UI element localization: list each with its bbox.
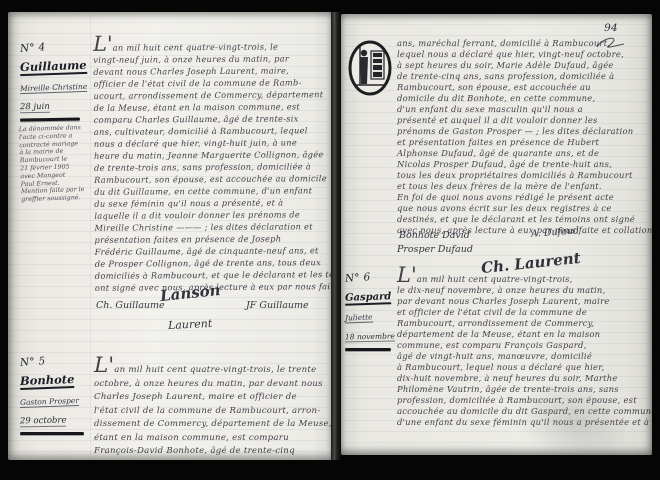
entry5-number: N° 5 xyxy=(20,355,46,369)
manuscript-line: dix-huit novembre, à neuf heures du soir… xyxy=(397,373,649,384)
manuscript-line: et officier de l'état civil de la commun… xyxy=(397,307,649,318)
manuscript-line: lequel nous a déclaré que hier, vingt-ne… xyxy=(397,49,649,60)
manuscript-line: à Rambucourt, lequel nous a déclaré que … xyxy=(397,362,649,373)
entry6-margin: N° 6 Gaspard Juliette 18 novembre xyxy=(345,266,397,351)
manuscript-line: Nicolas Prosper Dufaud, âgé de trente-hu… xyxy=(397,159,649,170)
manuscript-line: d'un enfant du sexe masculin qu'il nous … xyxy=(397,104,649,115)
manuscript-line: et tous les deux frères de la mère de l'… xyxy=(397,181,649,192)
manuscript-line: Rambucourt, arrondissement de Commercy, xyxy=(397,318,649,329)
entry5-given-names: Gaston Prosper xyxy=(20,396,79,408)
signature-witness-2: Prosper Dufaud xyxy=(397,244,473,255)
manuscript-line: ans, maréchal ferrant, domicilié à Rambu… xyxy=(397,38,649,49)
entry5-continuation-body: ans, maréchal ferrant, domicilié à Rambu… xyxy=(397,38,649,236)
manuscript-line: François-David Bonhote, âgé de trente-ci… xyxy=(94,445,330,459)
signature-witness-2: Laurent xyxy=(168,317,213,332)
entry4-marginal-mention: La dénommée dansl'acte ci-contre acontra… xyxy=(19,124,92,204)
manuscript-line: département de la Meuse, étant en la mai… xyxy=(397,329,649,340)
manuscript-line: octobre, à onze heures du matin, par dev… xyxy=(94,378,330,392)
manuscript-line: L'an mil huit cent quatre-vingt-trois, xyxy=(397,268,649,285)
entry5-body: L'an mil huit cent quatre-vingt-trois, l… xyxy=(94,358,330,459)
manuscript-line: présenté et auquel il a dit vouloir donn… xyxy=(397,115,649,126)
manuscript-line: L'an mil huit cent quatre-vingt-trois, l… xyxy=(93,35,327,54)
manuscript-line: et présentation faites en présence de Hu… xyxy=(397,137,649,148)
entry6-given-names: Juliette xyxy=(345,313,373,324)
manuscript-line: étant en la maison commune, est comparu xyxy=(94,432,330,446)
entry6-number: N° 6 xyxy=(345,271,371,285)
entry4-given-names: Mireille Christine xyxy=(20,82,88,94)
manuscript-line: à sept heures du soir, Marie Adèle Dufau… xyxy=(397,60,649,71)
manuscript-line: Charles Joseph Laurent, maire et officie… xyxy=(94,391,330,405)
entry6-date: 18 novembre xyxy=(345,332,395,343)
margin-heavy-rule xyxy=(345,348,391,351)
signature-declarant: Bonhote David xyxy=(399,230,470,241)
entry4-number: N° 4 xyxy=(20,41,46,55)
manuscript-line: L'an mil huit cent quatre-vingt-trois, l… xyxy=(94,358,330,378)
register-scan: N° 4 Guillaume Mireille Christine 28 jui… xyxy=(0,0,660,480)
manuscript-line: prénoms de Gaston Prosper — ; les dites … xyxy=(397,126,649,137)
left-page: N° 4 Guillaume Mireille Christine 28 jui… xyxy=(8,12,332,460)
entry4-surname: Guillaume xyxy=(20,58,87,76)
manuscript-line: Rambucourt, son épouse, est accouchée au xyxy=(397,82,649,93)
manuscript-line: tous les deux propriétaires domiciliés à… xyxy=(397,170,649,181)
manuscript-line: l'état civil de la commune de Rambucourt… xyxy=(94,405,330,419)
manuscript-line: âgé de vingt-huit ans, manœuvre, domicil… xyxy=(397,351,649,362)
entry5-date: 29 octobre xyxy=(20,416,67,428)
signature-witness: JF Guillaume xyxy=(246,300,309,311)
manuscript-line: de trente-cinq ans, sans profession, dom… xyxy=(397,71,649,82)
entry6-surname: Gaspard xyxy=(345,291,392,306)
manuscript-line: par devant nous Charles Joseph Laurent, … xyxy=(397,296,649,307)
right-page: 94 ans, maréchal ferrant, domicilié à Ra… xyxy=(341,14,652,455)
binding-gutter xyxy=(331,12,341,460)
entry4-body: L'an mil huit cent quatre-vingt-trois, l… xyxy=(93,35,329,294)
manuscript-line: le dix-neuf novembre, à onze heures du m… xyxy=(397,285,649,296)
margin-heavy-rule xyxy=(20,117,80,121)
manuscript-line: domicile du dit Bonhote, en cette commun… xyxy=(397,93,649,104)
signature-declarant: Ch. Guillaume xyxy=(96,300,165,311)
entry4-margin: N° 4 Guillaume Mireille Christine 28 jui… xyxy=(20,36,90,203)
manuscript-line: dissement de Commercy, département de la… xyxy=(94,418,330,432)
mention-line: greffier soussigné. xyxy=(21,194,91,204)
manuscript-line: Alphonse Dufaud, âgé de quarante ans, et… xyxy=(397,148,649,159)
margin-heavy-rule xyxy=(20,432,84,435)
manuscript-line: destinés, et que le déclarant et les tém… xyxy=(397,214,649,225)
revenue-stamp-icon xyxy=(347,38,393,102)
entry4-date: 28 juin xyxy=(20,102,50,114)
signature-witness: A. Dufaud xyxy=(531,225,580,239)
margin-crease xyxy=(90,12,91,460)
manuscript-line: commune, est comparu François Gaspard, xyxy=(397,340,649,351)
page-number-value: 94 xyxy=(604,22,618,34)
manuscript-line: Mireille Christine ——— ; les dites décla… xyxy=(94,220,328,234)
manuscript-line: du dit Guillaume, en cette commune, d'un… xyxy=(94,184,328,198)
entry5-surname: Bonhote xyxy=(20,372,75,390)
manuscript-line: que nous avons écrit sur les deux regist… xyxy=(397,203,649,214)
manuscript-line: En foi de quoi nous avons rédigé le prés… xyxy=(397,192,649,203)
entry5-margin: N° 5 Bonhote Gaston Prosper 29 octobre xyxy=(20,350,90,435)
